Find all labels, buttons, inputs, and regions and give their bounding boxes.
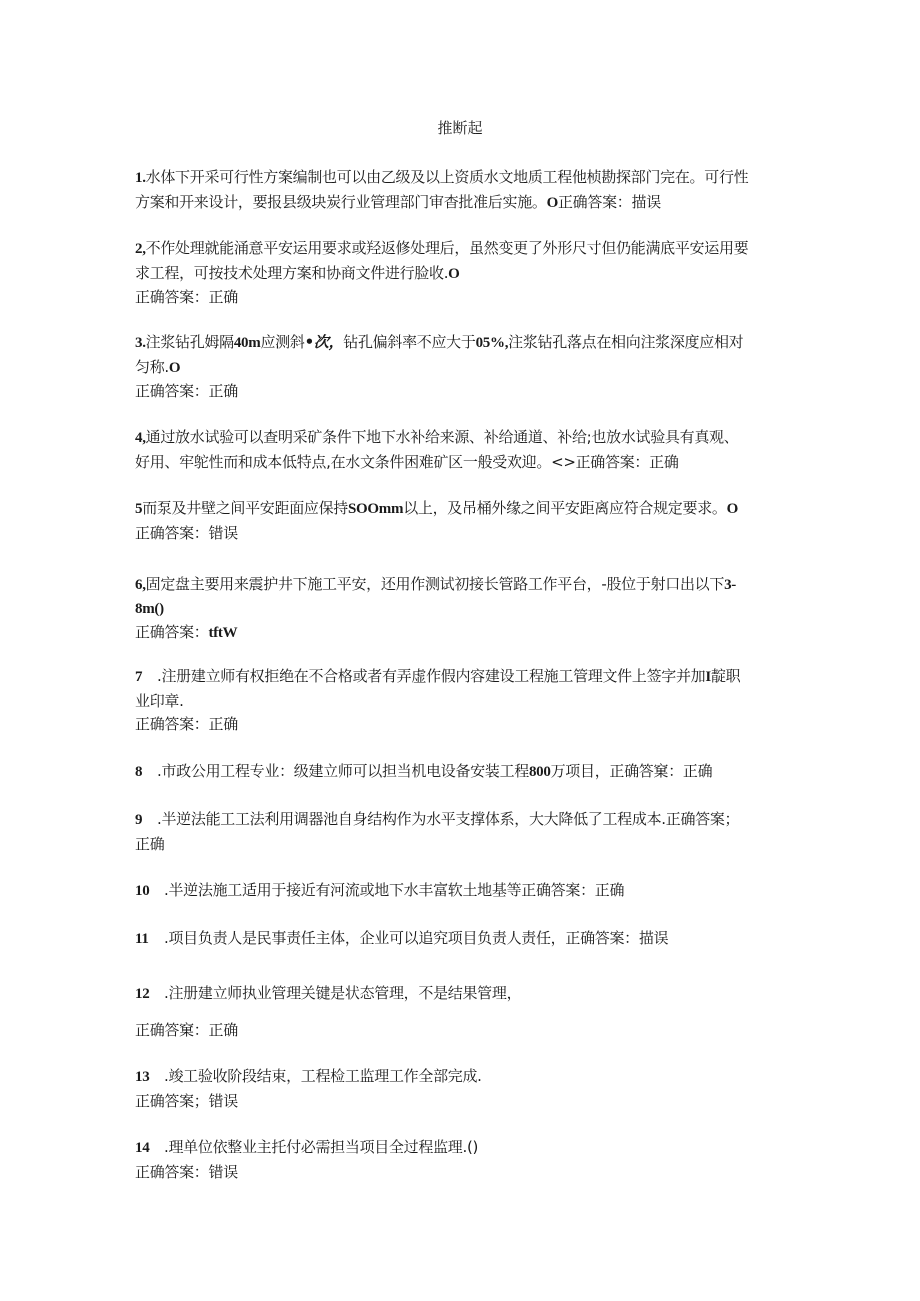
answer-label: 正确答案： [135, 623, 209, 641]
question-item-2: 2,不作处理就能涌意平安运用要求或羟返修处理后，虽然变更了外形尺寸但仍能满底平安… [135, 237, 783, 310]
question-item-13: 13.竣工验收阶段结束，工程检工监理工作全部完成. 正确答案；错误 [135, 1065, 783, 1113]
answer-label: 正确答案； [135, 1092, 209, 1110]
question-text: .市政公用工程专业：级建立师可以担当机电设备安装工程 [157, 762, 529, 780]
answer-label: 正确答案： [135, 524, 209, 542]
question-item-14: 14.理单位依整业主托付必需担当项目全过程监理.() 正确答案：错误 [135, 1136, 783, 1184]
question-text: 钻孔偏斜率不应大于 [343, 333, 475, 351]
question-text: 靛职 [711, 667, 740, 685]
answer-blank: O [448, 266, 459, 282]
question-number: 6, [135, 577, 146, 593]
question-number: 13 [135, 1066, 164, 1090]
question-text: 方案和开来设计，要报县级块炭行业管理部门审杳批准后实施。 [135, 193, 547, 211]
question-number: 7 [135, 666, 157, 690]
question-text: 固定盘主要用来震护井下施工平安，还用作测试初接长管路工作平台，-股位于射口出以下 [146, 575, 724, 593]
question-item-9: 9.半逆法能工工法利用调器池自身结构作为水平支撑体系，大大降低了工程成本.正确答… [135, 808, 783, 856]
question-item-5: 5而泵及井壁之间平安距面应保持SOOmm以上，及吊桶外缘之间平安距离应符合规定要… [135, 497, 783, 545]
answer-label: 正确答案： [135, 288, 209, 306]
answer-label: 正确答案： [576, 453, 650, 471]
question-item-3: 3.注浆钻孔姆隔40m应测斜•次，钻孔偏斜率不应大于05%,注浆钻孔落点在相向注… [135, 331, 783, 404]
question-text: 而泵及井壁之间平安距面应保持 [142, 499, 348, 517]
question-text: 40m [234, 335, 261, 351]
question-text: 求工程，可按技术处理方案和协商文件进行脸收. [135, 264, 448, 282]
answer-value: 正确 [209, 288, 238, 306]
question-number: 11 [135, 928, 164, 952]
question-item-7: 7.注册建立师有权拒绝在不合格或者有弄虚作假内容建设工程施工管理文件上签字并加I… [135, 665, 783, 737]
question-text: .项目负责人是民事责任主体，企业可以追究项目负责人责任，正确答案：描误 [164, 929, 668, 947]
question-text: 不作处理就能涌意平安运用要求或羟返修处理后，虽然变更了外形尺寸但仍能满底平安运用… [146, 239, 749, 257]
question-text: 万项目，正确答窠：正确 [551, 762, 713, 780]
answer-label: 正确答窠： [135, 1021, 209, 1039]
question-text: 以上，及吊桶外缘之间平安距离应符合规定要求。 [403, 499, 726, 517]
answer-label: 正确答案： [558, 193, 632, 211]
question-text: .竣工验收阶段结束，工程检工监理工作全部完成. [164, 1067, 482, 1085]
question-item-8: 8.市政公用工程专业：级建立师可以担当机电设备安装工程800万项目，正确答窠：正… [135, 760, 783, 785]
answer-value: 正确 [135, 833, 783, 857]
question-item-6: 6,固定盘主要用来震护井下施工平安，还用作测试初接长管路工作平台，-股位于射口出… [135, 573, 783, 646]
answer-value: 错误 [209, 1163, 238, 1181]
answer-value: 正确 [209, 382, 238, 400]
question-item-12: 12.注册建立师执业管理关键是状态管理，不是结果管理， 正确答窠：正确 [135, 982, 783, 1042]
question-text: .注册建立师有权拒绝在不合格或者有弄虚作假内容建设工程施工管理文件上签字并加 [157, 667, 705, 685]
question-number: 3. [135, 335, 146, 351]
page-title: 推断起 [0, 117, 920, 139]
question-number: 9 [135, 809, 157, 833]
answer-value: 正确 [649, 453, 678, 471]
answer-label: 正确答案： [135, 715, 209, 733]
question-text: 水体下开采可行性方案编制也可以由乙级及以上资质水文地质工程他桢勘探部门完在。可行… [146, 168, 749, 186]
question-item-10: 10.半逆法施工适用于接近有河流或地下水丰富软土地基等正确答案：正确 [135, 879, 783, 904]
question-number: 2, [135, 241, 146, 257]
question-text: 800 [529, 764, 551, 780]
question-text: .半逆法施工适用于接近有河流或地下水丰富软土地基等正确答案：正确 [164, 881, 624, 899]
question-number: 14 [135, 1137, 164, 1161]
answer-blank: O [547, 195, 558, 211]
answer-blank: O [727, 501, 738, 517]
question-text: 05%, [476, 335, 509, 351]
question-text: 8m() [135, 598, 783, 622]
question-text: SOOmm [348, 501, 403, 517]
question-text: 3- [724, 577, 736, 593]
question-text: .理单位依整业主托付必需担当项目全过程监理.() [164, 1138, 478, 1156]
question-number: 4, [135, 430, 146, 446]
question-text: •次， [305, 333, 344, 351]
answer-value: 正确 [209, 715, 238, 733]
question-item-1: 1.水体下开采可行性方案编制也可以由乙级及以上资质水文地质工程他桢勘探部门完在。… [135, 166, 783, 215]
question-number: 1. [135, 170, 146, 186]
answer-value: 正确 [209, 1021, 238, 1039]
question-text: 匀称. [135, 358, 169, 376]
answer-blank: O [169, 360, 180, 376]
answer-value: 描误 [632, 193, 661, 211]
question-text: 业印章. [135, 690, 783, 714]
question-number: 12 [135, 983, 164, 1007]
question-text: 注浆钻孔落点在相向注浆深度应相对 [508, 333, 743, 351]
question-number: 10 [135, 880, 164, 904]
question-text: .半逆法能工工法利用调器池自身结构作为水平支撑体系，大大降低了工程成本.正确答案… [157, 810, 739, 828]
question-item-4: 4,通过放水试验可以查明采矿条件下地下水补给来源、补给通道、补给;也放水试验具有… [135, 426, 783, 474]
document-page: 推断起 1.水体下开采可行性方案编制也可以由乙级及以上资质水文地质工程他桢勘探部… [0, 0, 920, 1301]
question-text: 应测斜 [260, 333, 304, 351]
answer-label: 正确答案： [135, 382, 209, 400]
answer-value: 错误 [209, 524, 238, 542]
answer-value: tftW [209, 625, 238, 641]
question-item-11: 11.项目负责人是民事责任主体，企业可以追究项目负责人责任，正确答案：描误 [135, 927, 783, 952]
answer-value: 错误 [209, 1092, 238, 1110]
question-text: 通过放水试验可以查明采矿条件下地下水补给来源、补给通道、补给;也放水试验具有真观… [146, 428, 739, 446]
answer-label: 正确答案： [135, 1163, 209, 1181]
question-text: 好用、牢鸵性而和成本低特点,在水文条件困难矿区一般受欢迎。<> [135, 453, 576, 471]
question-text: .注册建立师执业管理关键是状态管理，不是结果管理， [164, 984, 521, 1002]
question-text: 注浆钻孔姆隔 [146, 333, 234, 351]
question-number: 8 [135, 761, 157, 785]
